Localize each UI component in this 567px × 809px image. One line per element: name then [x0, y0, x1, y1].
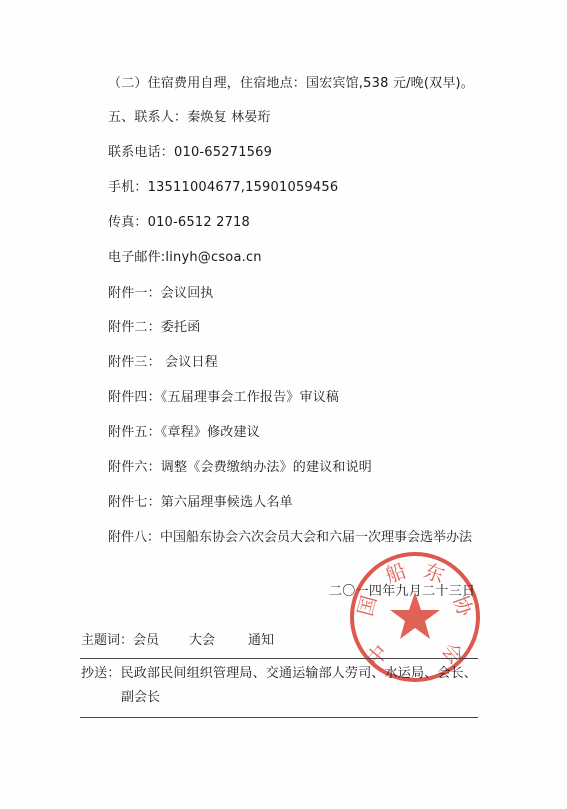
attachment-5: 附件五：《章程》修改建议: [108, 425, 260, 441]
attachment-4: 附件四：《五届理事会工作报告》审议稿: [108, 390, 339, 406]
official-seal-icon: 中 国 船 东 协 会: [348, 550, 482, 684]
contact-phone: 联系电话：010-65271569: [108, 145, 272, 161]
keyword-1: 会员: [133, 633, 159, 649]
contact-mobile: 手机：13511004677,15901059456: [108, 180, 338, 196]
contact-fax: 传真：010-6512 2718: [108, 215, 250, 231]
cc-recipients-line1: 抄送：民政部民间组织管理局、交通运输部人劳司、水运局、会长、: [81, 666, 477, 682]
contact-email: 电子邮件:linyh@csoa.cn: [108, 250, 262, 266]
keyword-2: 大会: [189, 633, 215, 649]
attachment-3: 附件三： 会议日程: [108, 355, 218, 371]
attachment-1: 附件一：会议回执: [108, 286, 214, 302]
attachment-2: 附件二：委托函: [108, 320, 200, 336]
divider-top: [80, 658, 478, 659]
attachment-7: 附件七：第六届理事候选人名单: [108, 495, 293, 511]
document-page: （二）住宿费用自理，住宿地点：国宏宾馆,538 元/晚(双早)。 五、联系人：秦…: [0, 0, 567, 809]
attachment-6: 附件六：调整《会费缴纳办法》的建议和说明: [108, 460, 372, 476]
issue-date: 二〇一四年九月二十三日: [329, 584, 475, 600]
cc-recipients-line2: 副会长: [121, 690, 160, 706]
divider-bottom: [80, 717, 478, 718]
svg-text:会: 会: [437, 638, 468, 669]
lodging-line: （二）住宿费用自理，住宿地点：国宏宾馆,538 元/晚(双早)。: [108, 76, 474, 92]
keyword-3: 通知: [248, 633, 274, 649]
keywords-label: 主题词：: [81, 633, 133, 649]
attachment-8: 附件八：中国船东协会六次会员大会和六届一次理事会选举办法: [108, 530, 472, 546]
contact-person: 五、联系人：秦焕复 林晏珩: [108, 110, 271, 126]
